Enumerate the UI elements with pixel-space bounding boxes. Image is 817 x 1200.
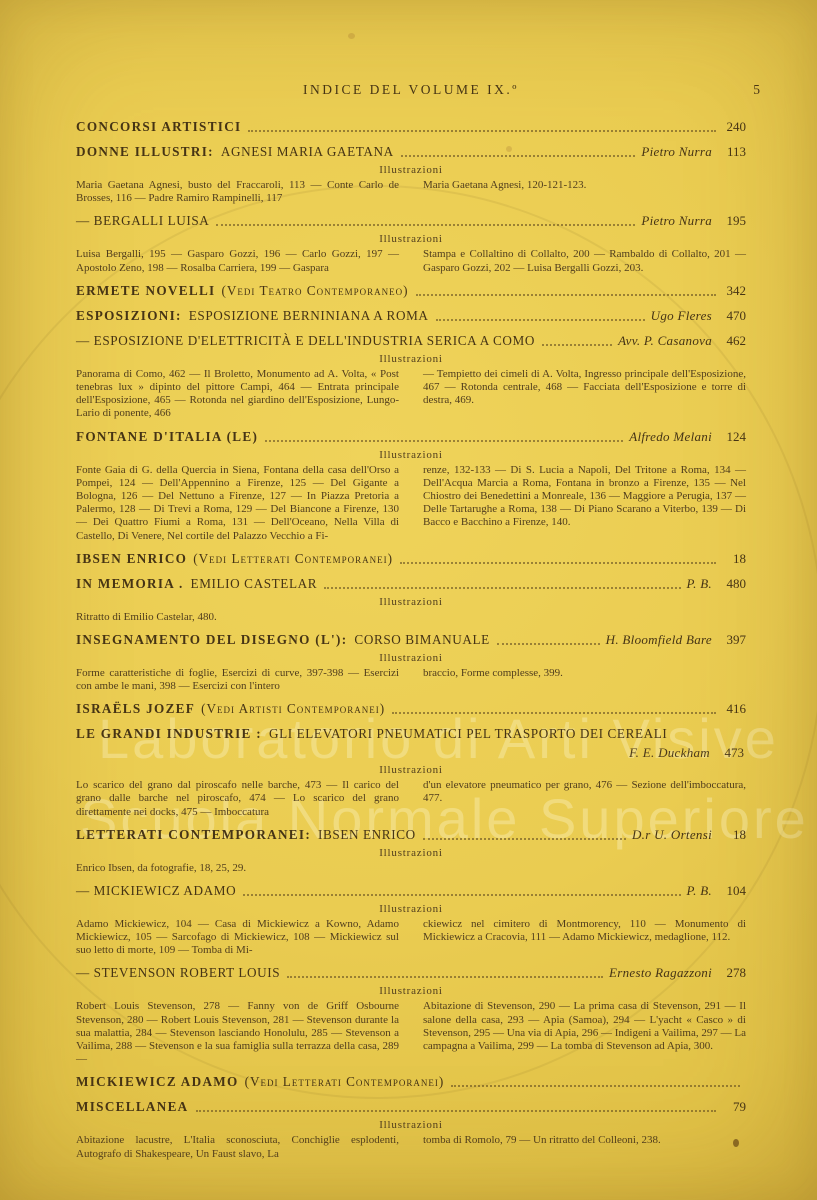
page-title: INDICE DEL VOLUME IX.º xyxy=(303,82,519,97)
illustration-columns: Abitazione lacustre, L'Italia sconosciut… xyxy=(76,1134,746,1160)
page-header: INDICE DEL VOLUME IX.º 5 xyxy=(76,82,746,98)
entry-headword: LETTERATI CONTEMPORANEI: xyxy=(76,826,311,844)
entry-page-number: 473 xyxy=(720,744,744,761)
index-list: CONCORSI ARTISTICI240DONNE ILLUSTRI:AGNE… xyxy=(76,118,746,1161)
entry-page-number: 195 xyxy=(722,212,746,230)
entry-page-number: 104 xyxy=(722,882,746,900)
entry-page-number: 416 xyxy=(722,700,746,718)
illustrations-label: Illustrazioni xyxy=(76,651,746,666)
illustration-column-right: Maria Gaetana Agnesi, 120-121-123. xyxy=(423,179,746,205)
entry-headword: ESPOSIZIONI: xyxy=(76,307,182,325)
entry-author: Pietro Nurra xyxy=(641,212,712,230)
dotted-leader xyxy=(392,712,716,714)
entry-title: — MICKIEWICZ ADAMO xyxy=(76,882,236,900)
dotted-leader xyxy=(196,1110,717,1112)
illustrations-label: Illustrazioni xyxy=(76,1118,746,1133)
entry-author: Ugo Fleres xyxy=(651,307,712,325)
dotted-leader xyxy=(287,976,603,978)
dotted-leader xyxy=(324,587,680,589)
entry-author-row: F. E. Duckham473 xyxy=(76,744,746,761)
index-entry: — STEVENSON ROBERT LOUISErnesto Ragazzon… xyxy=(76,964,746,1066)
index-entry: IBSEN ENRICO(Vedi Letterati Contemporane… xyxy=(76,550,746,568)
entry-title: AGNESI MARIA GAETANA xyxy=(221,143,394,161)
entry-heading-row: MISCELLANEA79 xyxy=(76,1098,746,1116)
entry-headword: IBSEN ENRICO xyxy=(76,550,187,568)
entry-headword: CONCORSI ARTISTICI xyxy=(76,118,241,136)
entry-cross-reference: (Vedi Letterati Contemporanei) xyxy=(245,1073,445,1091)
dotted-leader xyxy=(497,643,600,645)
illustration-columns: Luisa Bergalli, 195 — Gasparo Gozzi, 196… xyxy=(76,248,746,274)
dotted-leader xyxy=(248,130,716,132)
entry-page-number: 397 xyxy=(722,631,746,649)
index-entry: MICKIEWICZ ADAMO(Vedi Letterati Contempo… xyxy=(76,1073,746,1091)
dotted-leader xyxy=(423,838,626,840)
illustration-columns: Forme caratteristiche di foglie, Eserciz… xyxy=(76,667,746,693)
entry-heading-row: — MICKIEWICZ ADAMOP. B.104 xyxy=(76,882,746,900)
index-entry: INSEGNAMENTO DEL DISEGNO (L'):CORSO BIMA… xyxy=(76,631,746,693)
entry-page-number: 113 xyxy=(722,143,746,161)
entry-author: F. E. Duckham xyxy=(629,744,710,761)
entry-author: Ernesto Ragazzoni xyxy=(609,964,712,982)
entry-page-number: 79 xyxy=(722,1098,746,1116)
illustration-column-left: Luisa Bergalli, 195 — Gasparo Gozzi, 196… xyxy=(76,248,399,274)
entry-headword: DONNE ILLUSTRI: xyxy=(76,143,214,161)
illustration-column-right: Stampa e Collaltino di Collalto, 200 — R… xyxy=(423,248,746,274)
index-entry: CONCORSI ARTISTICI240 xyxy=(76,118,746,136)
illustration-columns: Maria Gaetana Agnesi, busto del Fraccaro… xyxy=(76,179,746,205)
entry-title: EMILIO CASTELAR xyxy=(191,575,318,593)
entry-title: GLI ELEVATORI PNEUMATICI PEL TRASPORTO D… xyxy=(269,725,667,743)
illustration-column-right: renze, 132-133 — Di S. Lucia a Napoli, D… xyxy=(423,464,746,543)
dotted-leader xyxy=(416,294,717,296)
entry-heading-row: — STEVENSON ROBERT LOUISErnesto Ragazzon… xyxy=(76,964,746,982)
dotted-leader xyxy=(243,894,680,896)
dotted-leader xyxy=(451,1085,740,1087)
illustration-column-right: d'un elevatore pneumatico per grano, 476… xyxy=(423,779,746,819)
entry-cross-reference: (Vedi Letterati Contemporanei) xyxy=(193,550,393,568)
entry-author: P. B. xyxy=(687,575,712,593)
illustrations-label: Illustrazioni xyxy=(76,163,746,178)
entry-heading-row: FONTANE D'ITALIA (LE)Alfredo Melani124 xyxy=(76,428,746,446)
dotted-leader xyxy=(542,344,612,346)
illustration-column-left: Fonte Gaia di G. della Quercia in Siena,… xyxy=(76,464,399,543)
entry-headword: LE GRANDI INDUSTRIE : xyxy=(76,725,262,743)
illustration-column-left: Forme caratteristiche di foglie, Eserciz… xyxy=(76,667,399,693)
illustrations-label: Illustrazioni xyxy=(76,232,746,247)
index-entry: FONTANE D'ITALIA (LE)Alfredo Melani124Il… xyxy=(76,428,746,543)
illustration-column-right: ckiewicz nel cimitero di Montmorency, 11… xyxy=(423,918,746,958)
index-entry: DONNE ILLUSTRI:AGNESI MARIA GAETANAPietr… xyxy=(76,143,746,205)
index-entry: — BERGALLI LUISAPietro Nurra195Illustraz… xyxy=(76,212,746,274)
entry-heading-row: — BERGALLI LUISAPietro Nurra195 xyxy=(76,212,746,230)
illustration-column-left: Panorama di Como, 462 — Il Broletto, Mon… xyxy=(76,368,399,421)
entry-page-number: 18 xyxy=(722,550,746,568)
entry-heading-row: IBSEN ENRICO(Vedi Letterati Contemporane… xyxy=(76,550,746,568)
illustration-column-right: tomba di Romolo, 79 — Un ritratto del Co… xyxy=(423,1134,746,1160)
illustrations-label: Illustrazioni xyxy=(76,763,746,778)
illustrations-label: Illustrazioni xyxy=(76,846,746,861)
entry-heading-row: INSEGNAMENTO DEL DISEGNO (L'):CORSO BIMA… xyxy=(76,631,746,649)
illustrations-label: Illustrazioni xyxy=(76,352,746,367)
entry-author: H. Bloomfield Bare xyxy=(606,631,712,649)
entry-heading-row: CONCORSI ARTISTICI240 xyxy=(76,118,746,136)
index-entry: IN MEMORIA .EMILIO CASTELARP. B.480Illus… xyxy=(76,575,746,624)
entry-title: IBSEN ENRICO xyxy=(318,826,416,844)
illustrations-label: Illustrazioni xyxy=(76,448,746,463)
index-entry: LETTERATI CONTEMPORANEI:IBSEN ENRICOD.r … xyxy=(76,826,746,875)
entry-headword: ISRAËLS JOZEF xyxy=(76,700,195,718)
entry-title: — STEVENSON ROBERT LOUIS xyxy=(76,964,280,982)
entry-cross-reference: (Vedi Teatro Contemporaneo) xyxy=(221,282,408,300)
dotted-leader xyxy=(400,562,716,564)
entry-headword: ERMETE NOVELLI xyxy=(76,282,215,300)
entry-heading-row: MICKIEWICZ ADAMO(Vedi Letterati Contempo… xyxy=(76,1073,746,1091)
illustration-columns: Lo scarico del grano dal piroscafo nelle… xyxy=(76,779,746,819)
entry-page-number: 18 xyxy=(722,826,746,844)
entry-headword: INSEGNAMENTO DEL DISEGNO (L'): xyxy=(76,631,347,649)
entry-heading-row: ISRAËLS JOZEF(Vedi Artisti Contemporanei… xyxy=(76,700,746,718)
entry-page-number: 278 xyxy=(722,964,746,982)
entry-heading-row: ESPOSIZIONI:ESPOSIZIONE BERNINIANA A ROM… xyxy=(76,307,746,325)
entry-heading-row: ERMETE NOVELLI(Vedi Teatro Contemporaneo… xyxy=(76,282,746,300)
entry-heading-row: — ESPOSIZIONE D'ELETTRICITÀ E DELL'INDUS… xyxy=(76,332,746,350)
entry-title: ESPOSIZIONE BERNINIANA A ROMA xyxy=(189,307,429,325)
entry-title: — BERGALLI LUISA xyxy=(76,212,209,230)
entry-page-number: 240 xyxy=(722,118,746,136)
illustration-column-left: Adamo Mickiewicz, 104 — Casa di Mickiewi… xyxy=(76,918,399,958)
index-entry: — ESPOSIZIONE D'ELETTRICITÀ E DELL'INDUS… xyxy=(76,332,746,421)
dotted-leader xyxy=(436,319,645,321)
entry-page-number: 462 xyxy=(722,332,746,350)
illustration-column-right: Abitazione di Stevenson, 290 — La prima … xyxy=(423,1000,746,1066)
entry-page-number: 470 xyxy=(722,307,746,325)
entry-headword: IN MEMORIA . xyxy=(76,575,184,593)
scanned-index-page: Laboratorio di Arti Visive Scuola Normal… xyxy=(0,0,817,1200)
entry-heading-row: DONNE ILLUSTRI:AGNESI MARIA GAETANAPietr… xyxy=(76,143,746,161)
illustration-columns: Fonte Gaia di G. della Quercia in Siena,… xyxy=(76,464,746,543)
index-entry: ERMETE NOVELLI(Vedi Teatro Contemporaneo… xyxy=(76,282,746,300)
illustration-columns: Robert Louis Stevenson, 278 — Fanny von … xyxy=(76,1000,746,1066)
illustration-note: Ritratto di Emilio Castelar, 480. xyxy=(76,611,746,624)
entry-page-number: 480 xyxy=(722,575,746,593)
index-entry: LE GRANDI INDUSTRIE :GLI ELEVATORI PNEUM… xyxy=(76,725,746,819)
entry-heading-row: LE GRANDI INDUSTRIE :GLI ELEVATORI PNEUM… xyxy=(76,725,746,743)
entry-title: CORSO BIMANUALE xyxy=(354,631,489,649)
illustration-column-left: Maria Gaetana Agnesi, busto del Fraccaro… xyxy=(76,179,399,205)
illustrations-label: Illustrazioni xyxy=(76,595,746,610)
index-entry: ESPOSIZIONI:ESPOSIZIONE BERNINIANA A ROM… xyxy=(76,307,746,325)
dotted-leader xyxy=(216,224,635,226)
illustration-column-left: Abitazione lacustre, L'Italia sconosciut… xyxy=(76,1134,399,1160)
dotted-leader xyxy=(401,155,636,157)
entry-author: D.r U. Ortensi xyxy=(632,826,712,844)
entry-headword: FONTANE D'ITALIA (LE) xyxy=(76,428,258,446)
illustration-columns: Panorama di Como, 462 — Il Broletto, Mon… xyxy=(76,368,746,421)
illustration-note: Enrico Ibsen, da fotografie, 18, 25, 29. xyxy=(76,862,746,875)
index-entry: — MICKIEWICZ ADAMOP. B.104IllustrazioniA… xyxy=(76,882,746,958)
illustration-columns: Adamo Mickiewicz, 104 — Casa di Mickiewi… xyxy=(76,918,746,958)
entry-author: Pietro Nurra xyxy=(641,143,712,161)
folio-page-number: 5 xyxy=(753,82,760,98)
index-entry: MISCELLANEA79IllustrazioniAbitazione lac… xyxy=(76,1098,746,1160)
entry-headword: MISCELLANEA xyxy=(76,1098,189,1116)
entry-author: P. B. xyxy=(687,882,712,900)
illustrations-label: Illustrazioni xyxy=(76,902,746,917)
entry-heading-row: IN MEMORIA .EMILIO CASTELARP. B.480 xyxy=(76,575,746,593)
illustration-column-right: — Tempietto dei cimeli di A. Volta, Ingr… xyxy=(423,368,746,421)
entry-author: Alfredo Melani xyxy=(629,428,712,446)
illustration-column-left: Robert Louis Stevenson, 278 — Fanny von … xyxy=(76,1000,399,1066)
dotted-leader xyxy=(265,440,623,442)
entry-page-number: 124 xyxy=(722,428,746,446)
index-entry: ISRAËLS JOZEF(Vedi Artisti Contemporanei… xyxy=(76,700,746,718)
illustration-column-right: braccio, Forme complesse, 399. xyxy=(423,667,746,693)
entry-author: Avv. P. Casanova xyxy=(618,332,712,350)
paper-blemish xyxy=(348,33,355,39)
entry-headword: MICKIEWICZ ADAMO xyxy=(76,1073,239,1091)
entry-page-number: 342 xyxy=(722,282,746,300)
entry-heading-row: LETTERATI CONTEMPORANEI:IBSEN ENRICOD.r … xyxy=(76,826,746,844)
entry-cross-reference: (Vedi Artisti Contemporanei) xyxy=(201,700,385,718)
illustrations-label: Illustrazioni xyxy=(76,984,746,999)
entry-title: — ESPOSIZIONE D'ELETTRICITÀ E DELL'INDUS… xyxy=(76,332,535,350)
page-content: INDICE DEL VOLUME IX.º 5 CONCORSI ARTIST… xyxy=(76,82,746,1161)
illustration-column-left: Lo scarico del grano dal piroscafo nelle… xyxy=(76,779,399,819)
